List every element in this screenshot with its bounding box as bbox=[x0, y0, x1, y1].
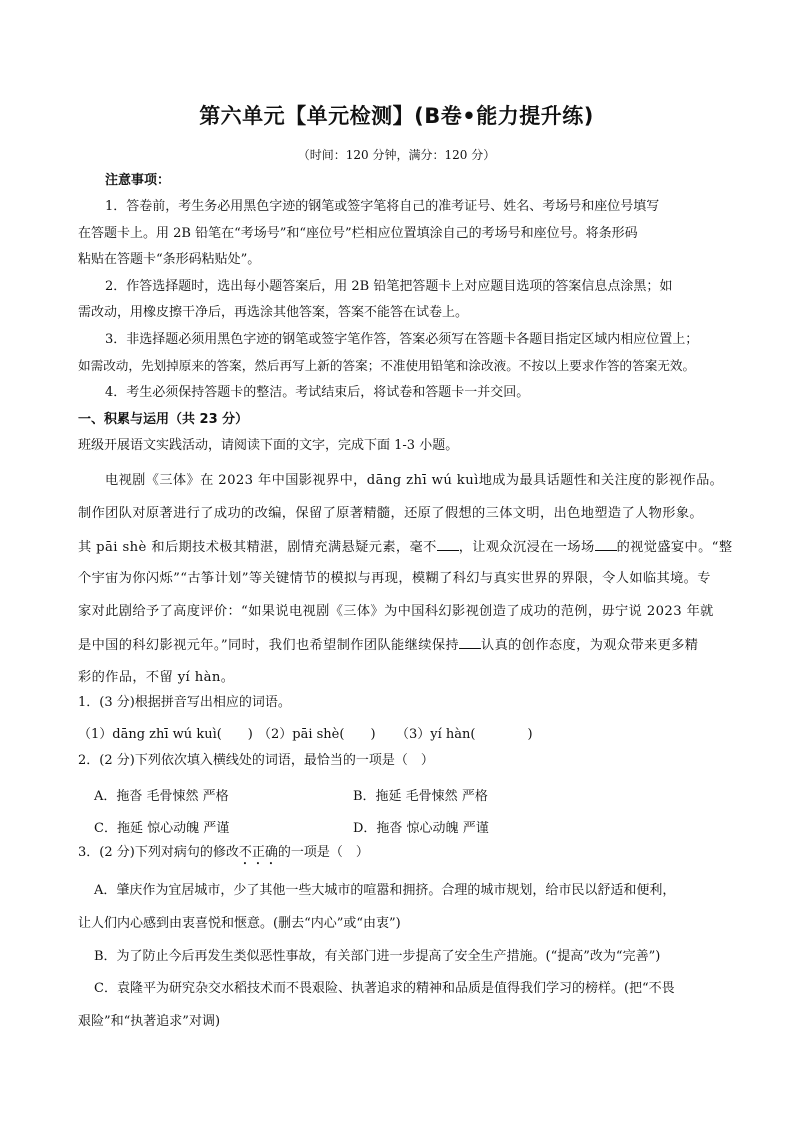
exam-page: 第六单元【单元检测】(B卷•能力提升练) （时间：120 分钟，满分：120 分… bbox=[0, 0, 793, 1122]
stem-text: 3．(2 分)下列对病句的修改 bbox=[78, 845, 239, 860]
note-line: 在答题卡上。用 2B 铅笔在“考场号”和“座位号”栏相应位置填涂自己的考场号和座… bbox=[78, 225, 718, 243]
note-line: 2．作答选择题时，选出每小题答案后，用 2B 铅笔把答题卡上对应题目选项的答案信… bbox=[105, 278, 745, 296]
question-2-option-c[interactable]: C．拖延 惊心动魄 严谨 bbox=[94, 817, 229, 836]
fill-blank-3 bbox=[459, 636, 481, 649]
note-line: 1．答卷前，考生务必用黑色字迹的钢笔或签字笔将自己的准考证号、姓名、考场号和座位… bbox=[105, 198, 745, 216]
passage-text: 的视觉盛宴中。“整 bbox=[617, 540, 733, 555]
fill-blank-2 bbox=[595, 538, 617, 551]
notes-heading: 注意事项： bbox=[105, 172, 745, 190]
passage-text: 其 pāi shè 和后期技术极其精湛，剧情充满悬疑元素，毫不 bbox=[78, 540, 437, 555]
question-1-item: （1）dāng zhī wú kuì( ) bbox=[78, 723, 253, 742]
question-1-item: （2）pāi shè( ) bbox=[258, 723, 376, 742]
question-3-option-c-cont: 艰险”和“执著追求”对调) bbox=[78, 1010, 220, 1029]
question-2-option-b[interactable]: B．拖延 毛骨悚然 严格 bbox=[353, 785, 488, 804]
emphasis-text: 不正确 bbox=[239, 845, 278, 860]
passage-text: ，让观众沉浸在一场场 bbox=[459, 540, 595, 555]
note-line: 需改动，用橡皮擦干净后，再选涂其他答案，答案不能答在试卷上。 bbox=[78, 304, 718, 322]
passage-line: 彩的作品，不留 yí hàn。 bbox=[78, 669, 720, 687]
question-3-option-a-cont: 让人们内心感到由衷喜悦和惬意。(删去“内心”或“由衷”) bbox=[78, 912, 401, 931]
question-2-option-a[interactable]: A．拖沓 毛骨悚然 严格 bbox=[94, 785, 229, 804]
passage-line: 是中国的科幻影视元年。”同时，我们也希望制作团队能继续保持认真的创作态度，为观众… bbox=[78, 636, 720, 655]
section-intro: 班级开展语文实践活动，请阅读下面的文字，完成下面 1-3 小题。 bbox=[78, 437, 718, 455]
passage-line: 电视剧《三体》在 2023 年中国影视界中，dāng zhī wú kuì地成为… bbox=[105, 472, 747, 490]
passage-text: 是中国的科幻影视元年。”同时，我们也希望制作团队能继续保持 bbox=[78, 638, 459, 653]
note-line: 4．考生必须保持答题卡的整洁。考试结束后，将试卷和答题卡一并交回。 bbox=[105, 384, 745, 402]
stem-text: 的一项是（ ） bbox=[278, 845, 369, 860]
page-title: 第六单元【单元检测】(B卷•能力提升练) bbox=[0, 100, 793, 130]
passage-text: 认真的创作态度，为观众带来更多精 bbox=[481, 638, 698, 653]
passage-line: 其 pāi shè 和后期技术极其精湛，剧情充满悬疑元素，毫不，让观众沉浸在一场… bbox=[78, 538, 720, 557]
question-3-option-b[interactable]: B．为了防止今后再发生类似恶性事故，有关部门进一步提高了安全生产措施。(“提高”… bbox=[94, 945, 660, 964]
passage-line: 制作团队对原著进行了成功的改编，保留了原著精髓，还原了假想的三体文明，出色地塑造… bbox=[78, 505, 720, 523]
question-1-stem: 1．(3 分)根据拼音写出相应的词语。 bbox=[78, 694, 718, 712]
passage-line: 个宇宙为你闪烁”“古筝计划”等关键情节的模拟与再现，模糊了科幻与真实世界的界限，… bbox=[78, 570, 720, 588]
note-line: 3．非选择题必须用黑色字迹的钢笔或签字笔作答，答案必须写在答题卡各题目指定区域内… bbox=[105, 331, 745, 349]
question-1-item: （3）yí hàn( ) bbox=[396, 723, 533, 742]
exam-time-info: （时间：120 分钟，满分：120 分） bbox=[0, 146, 793, 163]
question-3-option-a[interactable]: A．肇庆作为宜居城市，少了其他一些大城市的喧嚣和拥挤。合理的城市规划，给市民以舒… bbox=[94, 879, 675, 898]
note-line: 粘贴在答题卡“条形码粘贴处”。 bbox=[78, 251, 718, 269]
question-2-option-d[interactable]: D．拖沓 惊心动魄 严谨 bbox=[353, 817, 489, 836]
question-3-stem: 3．(2 分)下列对病句的修改不正确的一项是（ ） bbox=[78, 844, 718, 868]
question-2-stem: 2．(2 分)下列依次填入横线处的词语，最恰当的一项是（ ） bbox=[78, 752, 718, 770]
passage-line: 家对此剧给予了高度评价：“如果说电视剧《三体》为中国科幻影视创造了成功的范例，毋… bbox=[78, 603, 720, 621]
section-heading: 一、积累与运用（共 23 分） bbox=[78, 411, 718, 429]
fill-blank-1 bbox=[437, 538, 459, 551]
note-line: 如需改动，先划掉原来的答案，然后再写上新的答案；不准使用铅笔和涂改液。不按以上要… bbox=[78, 357, 718, 375]
question-3-option-c[interactable]: C．袁隆平为研究杂交水稻技术而不畏艰险、执著追求的精神和品质是值得我们学习的榜样… bbox=[94, 977, 675, 996]
